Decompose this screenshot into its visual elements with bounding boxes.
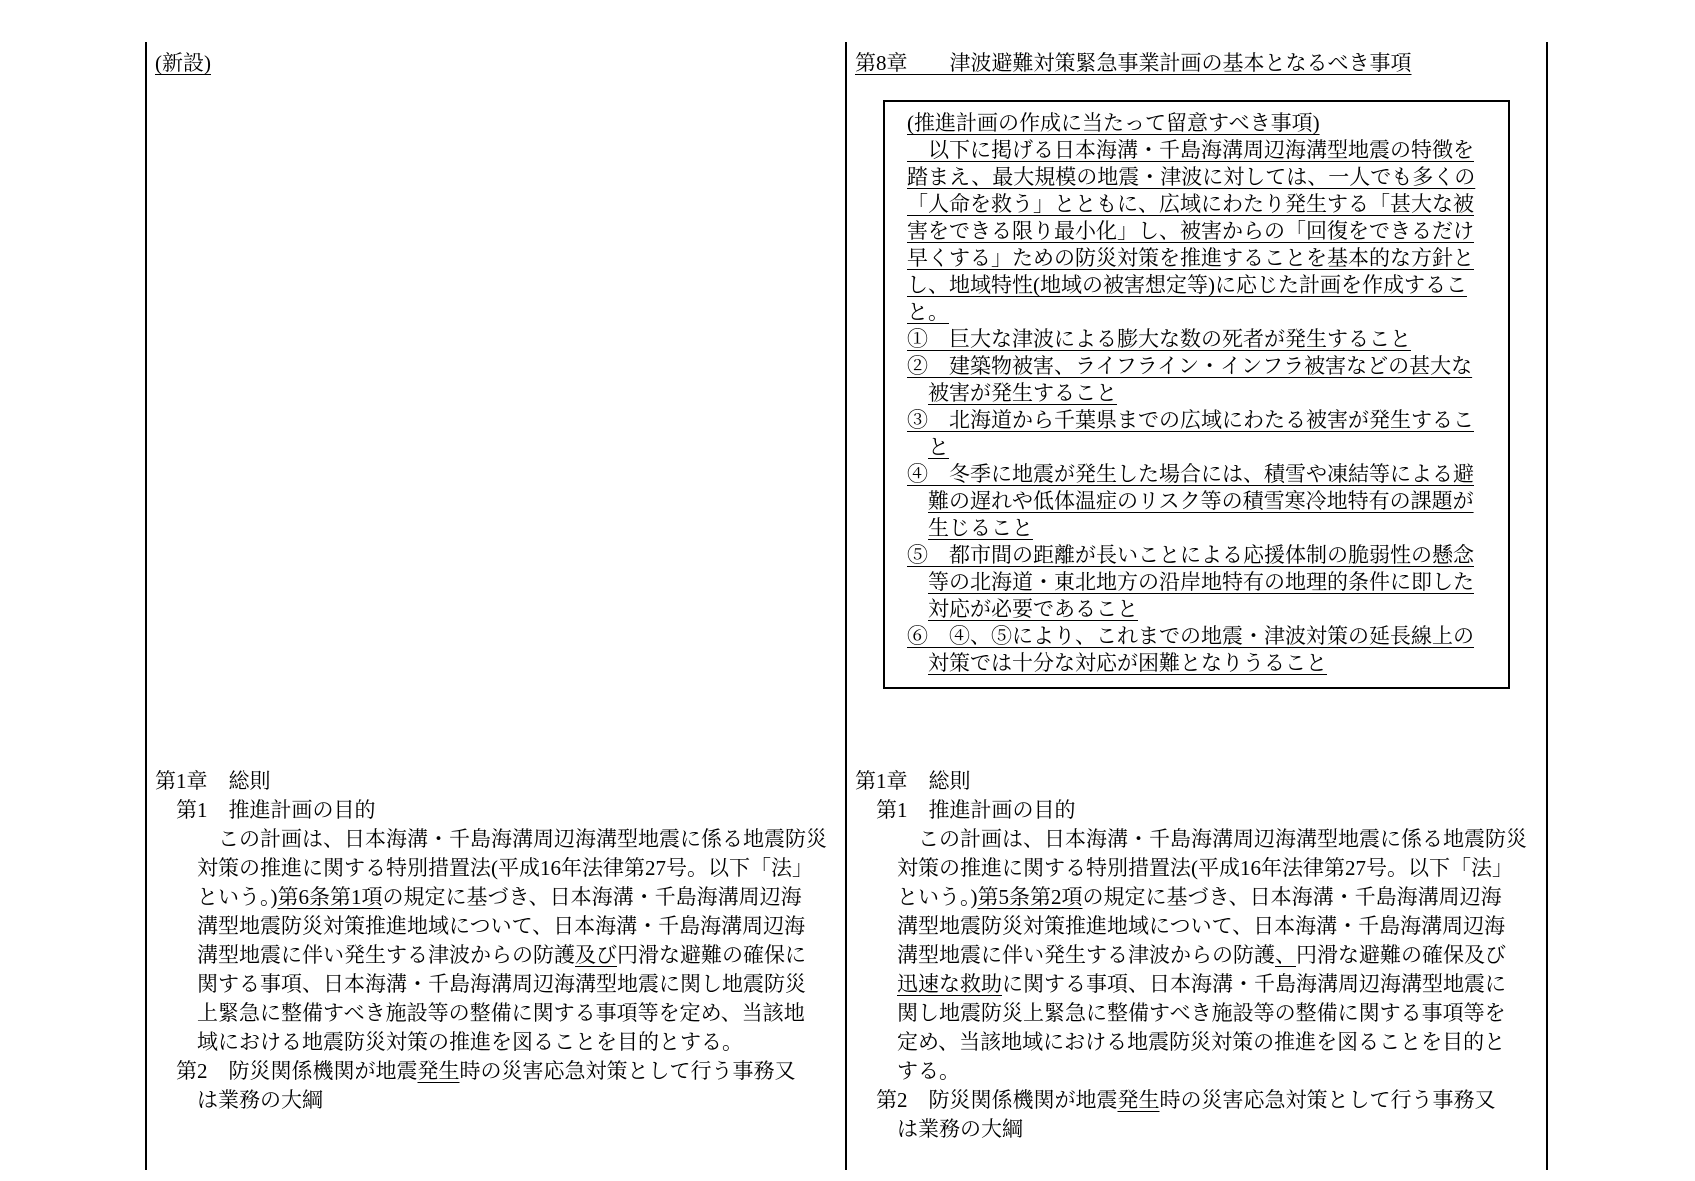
box-line: 被害が発生すること: [907, 380, 1500, 407]
box-line: (推進計画の作成に当たって留意すべき事項): [907, 110, 1500, 137]
box-line: 早くする」ための防災対策を推進することを基本的な方針と: [907, 245, 1500, 272]
paragraph-line: 迅速な救助に関する事項、日本海溝・千島海溝周辺海溝型地震に: [897, 970, 1536, 999]
purpose-paragraph: この計画は、日本海溝・千島海溝周辺海溝型地震に係る地震防災 対策の推進に関する特…: [855, 825, 1536, 1086]
text-run: という。): [897, 885, 978, 909]
old-version-top-cell: (新設): [147, 42, 847, 699]
box-line: 害をできる限り最小化」し、被害からの「回復をできるだけ: [907, 218, 1500, 245]
section-2-heading: 第2 防災関係機関が地震発生時の災害応急対策として行う事務又: [176, 1057, 835, 1086]
box-line: 踏まえ、最大規模の地震・津波に対しては、一人でも多くの: [907, 164, 1500, 191]
paragraph-line: 溝型地震に伴い発生する津波からの防護及び円滑な避難の確保に: [197, 941, 835, 970]
purpose-paragraph: この計画は、日本海溝・千島海溝周辺海溝型地震に係る地震防災 対策の推進に関する特…: [155, 825, 835, 1057]
section-1-heading: 第1 推進計画の目的: [876, 796, 1536, 825]
box-line: 対応が必要であること: [907, 596, 1500, 623]
old-new-comparison-table: (新設) 第8章 津波避難対策緊急事業計画の基本となるべき事項 (推進計画の作成…: [145, 42, 1548, 1170]
section-1: 第1 推進計画の目的: [855, 796, 1536, 825]
paragraph-line: この計画は、日本海溝・千島海溝周辺海溝型地震に係る地震防災: [197, 825, 835, 854]
advisory-note-box: (推進計画の作成に当たって留意すべき事項) 以下に掲げる日本海溝・千島海溝周辺海…: [883, 100, 1510, 689]
underlined-text-run: 迅速な救助: [897, 972, 1002, 996]
text-run: 円滑な避難の確保及び: [1296, 943, 1506, 967]
text-run: 第2 防災関係機関が地震: [876, 1088, 1118, 1112]
section-1-heading: 第1 推進計画の目的: [176, 796, 835, 825]
old-version-bottom-cell: 第1章 総則 第1 推進計画の目的 この計画は、日本海溝・千島海溝周辺海溝型地震…: [147, 699, 847, 1170]
box-line: 以下に掲げる日本海溝・千島海溝周辺海溝型地震の特徴を: [907, 137, 1500, 164]
top-row: (新設) 第8章 津波避難対策緊急事業計画の基本となるべき事項 (推進計画の作成…: [147, 42, 1546, 699]
new-version-top-cell: 第8章 津波避難対策緊急事業計画の基本となるべき事項 (推進計画の作成に当たって…: [847, 42, 1546, 699]
box-line-item-6: ⑥ ④、⑤により、これまでの地震・津波対策の延長線上の: [907, 623, 1500, 650]
underlined-text-run: 第6条第1項: [278, 885, 383, 909]
text-run: 時の災害応急対策として行う事務又: [460, 1059, 796, 1083]
section-2-heading: 第2 防災関係機関が地震発生時の災害応急対策として行う事務又: [876, 1086, 1536, 1115]
document-page: (新設) 第8章 津波避難対策緊急事業計画の基本となるべき事項 (推進計画の作成…: [0, 0, 1695, 1181]
paragraph-line: という。)第5条第2項の規定に基づき、日本海溝・千島海溝周辺海: [897, 883, 1536, 912]
bottom-row: 第1章 総則 第1 推進計画の目的 この計画は、日本海溝・千島海溝周辺海溝型地震…: [147, 699, 1546, 1170]
paragraph-line: 域における地震防災対策の推進を図ることを目的とする。: [197, 1028, 835, 1057]
chapter-8-heading: 第8章 津波避難対策緊急事業計画の基本となるべき事項: [855, 48, 1536, 78]
box-line: 「人命を救う」とともに、広域にわたり発生する「甚大な被: [907, 191, 1500, 218]
box-line: し、地域特性(地域の被害想定等)に応じた計画を作成するこ: [907, 272, 1500, 299]
section-2-continuation: は業務の大綱: [876, 1115, 1536, 1144]
paragraph-line: 対策の推進に関する特別措置法(平成16年法律第27号。以下「法」: [197, 854, 835, 883]
box-line: 難の遅れや低体温症のリスク等の積雪寒冷地特有の課題が: [907, 488, 1500, 515]
box-line: と。: [907, 299, 1500, 326]
paragraph-line: 定め、当該地域における地震防災対策の推進を図ることを目的と: [897, 1028, 1536, 1057]
chapter-1-heading: 第1章 総則: [155, 767, 835, 796]
paragraph-line: この計画は、日本海溝・千島海溝周辺海溝型地震に係る地震防災: [897, 825, 1536, 854]
box-line: 等の北海道・東北地方の沿岸地特有の地理的条件に即した: [907, 569, 1500, 596]
text-run: 溝型地震に伴い発生する津波からの防護: [197, 943, 575, 967]
text-run: という。): [197, 885, 278, 909]
new-establishment-label: (新設): [155, 48, 835, 78]
section-2: 第2 防災関係機関が地震発生時の災害応急対策として行う事務又 は業務の大綱: [855, 1086, 1536, 1144]
text-run: 円滑な避難の確保に: [617, 943, 806, 967]
paragraph-line: 上緊急に整備すべき施設等の整備に関する事項等を定め、当該地: [197, 999, 835, 1028]
box-line-item-1: ① 巨大な津波による膨大な数の死者が発生すること: [907, 326, 1500, 353]
chapter-1-heading: 第1章 総則: [855, 767, 1536, 796]
text-run: 溝型地震に伴い発生する津波からの防護: [897, 943, 1275, 967]
paragraph-line: 関する事項、日本海溝・千島海溝周辺海溝型地震に関し地震防災: [197, 970, 835, 999]
new-version-bottom-cell: 第1章 総則 第1 推進計画の目的 この計画は、日本海溝・千島海溝周辺海溝型地震…: [847, 699, 1546, 1170]
paragraph-line: 溝型地震防災対策推進地域について、日本海溝・千島海溝周辺海: [197, 912, 835, 941]
paragraph-line: 関し地震防災上緊急に整備すべき施設等の整備に関する事項等を: [897, 999, 1536, 1028]
paragraph-line: 対策の推進に関する特別措置法(平成16年法律第27号。以下「法」: [897, 854, 1536, 883]
paragraph-line: 溝型地震に伴い発生する津波からの防護、円滑な避難の確保及び: [897, 941, 1536, 970]
box-line-item-2: ② 建築物被害、ライフライン・インフラ被害などの甚大な: [907, 353, 1500, 380]
underlined-text-run: 発生: [1118, 1088, 1160, 1112]
text-run: 第2 防災関係機関が地震: [176, 1059, 418, 1083]
section-1: 第1 推進計画の目的: [155, 796, 835, 825]
box-line: 対策では十分な対応が困難となりうること: [907, 650, 1500, 677]
box-line-item-4: ④ 冬季に地震が発生した場合には、積雪や凍結等による避: [907, 461, 1500, 488]
box-line-item-3: ③ 北海道から千葉県までの広域にわたる被害が発生するこ: [907, 407, 1500, 434]
paragraph-line: する。: [897, 1057, 1536, 1086]
paragraph-line: 溝型地震防災対策推進地域について、日本海溝・千島海溝周辺海: [897, 912, 1536, 941]
box-line: 生じること: [907, 515, 1500, 542]
text-run: 時の災害応急対策として行う事務又: [1160, 1088, 1496, 1112]
underlined-text-run: 発生: [418, 1059, 460, 1083]
box-line-item-5: ⑤ 都市間の距離が長いことによる応援体制の脆弱性の懸念: [907, 542, 1500, 569]
section-2: 第2 防災関係機関が地震発生時の災害応急対策として行う事務又 は業務の大綱: [155, 1057, 835, 1115]
text-run: の規定に基づき、日本海溝・千島海溝周辺海: [383, 885, 802, 909]
underlined-text-run: 、: [1275, 943, 1296, 967]
text-run: の規定に基づき、日本海溝・千島海溝周辺海: [1083, 885, 1502, 909]
underlined-text-run: 第5条第2項: [978, 885, 1083, 909]
paragraph-line: という。)第6条第1項の規定に基づき、日本海溝・千島海溝周辺海: [197, 883, 835, 912]
underlined-text-run: 及び: [575, 943, 617, 967]
box-line: と: [907, 434, 1500, 461]
section-2-continuation: は業務の大綱: [176, 1086, 835, 1115]
text-run: に関する事項、日本海溝・千島海溝周辺海溝型地震に: [1002, 972, 1506, 996]
